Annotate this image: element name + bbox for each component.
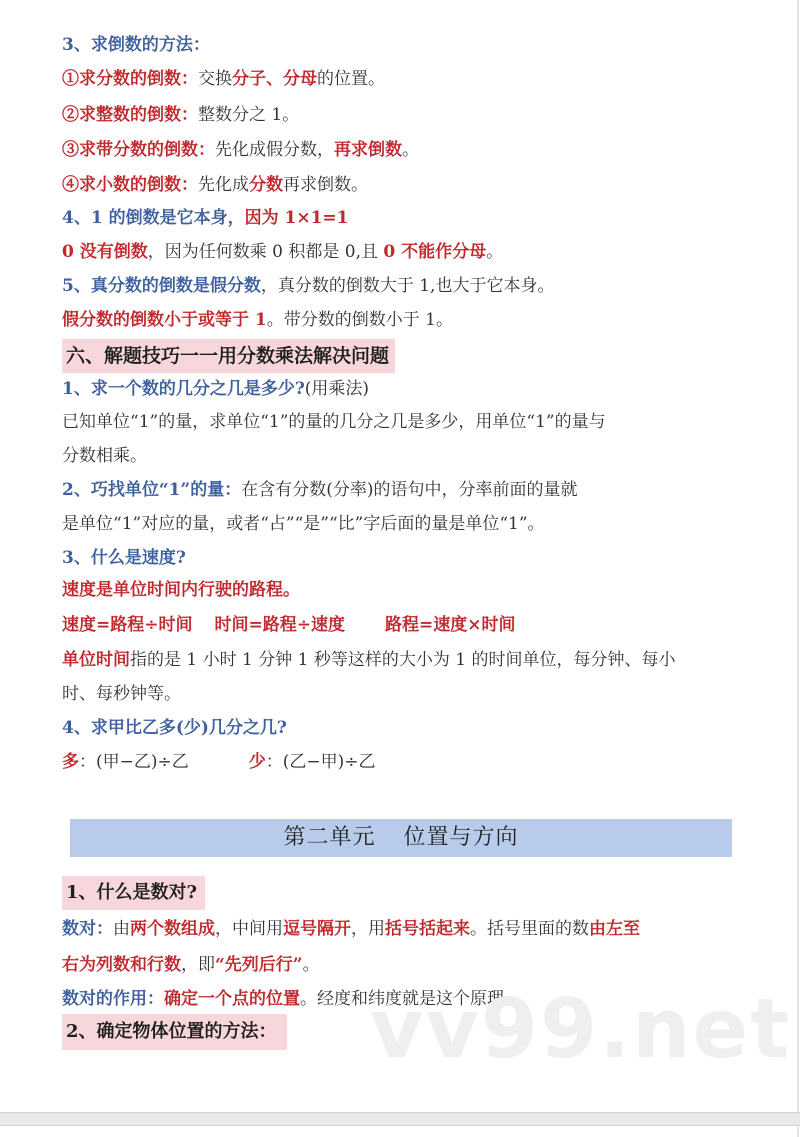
formula-distance: 路程=速度×时间 (385, 615, 516, 635)
method-highlight: 分子、分母 (232, 69, 317, 89)
q2-body-line-2: 是单位“1”对应的量，或者“占”“是”“比”字后面的量是单位“1”。 (62, 512, 545, 536)
less-label: 少 (249, 752, 266, 772)
method-text: 整数分之 1。 (198, 105, 299, 125)
document-page: 3、求倒数的方法： ①求分数的倒数：交换分子、分母的位置。 ②求整数的倒数：整数… (0, 0, 799, 1112)
unit-time-line-2: 时、每秒钟等。 (62, 682, 181, 706)
term-label: 数对： (62, 919, 113, 939)
speed-definition: 速度是单位时间内行驶的路程。 (62, 578, 300, 602)
question-title: 1、求一个数的几分之几是多少? (62, 379, 305, 399)
def-text: ，用 (351, 919, 385, 939)
next-page-edge (0, 1126, 799, 1137)
def-text: 。 (303, 955, 320, 975)
point-text: ，真分数的倒数大于 1,也大于它本身。 (261, 276, 555, 296)
def-highlight: 逗号隔开 (283, 919, 351, 939)
number-pair-definition-line-2: 右为列数和行数，即“先列后行”。 (62, 953, 320, 977)
less-formula: ：(乙−甲)÷乙 (266, 752, 376, 772)
number-pair-definition-line-1: 数对：由两个数组成，中间用逗号隔开，用括号括起来。括号里面的数由左至 (62, 917, 640, 941)
point-highlight: 0 不能作分母 (383, 242, 486, 262)
def-text: 。括号里面的数 (470, 919, 589, 939)
q3-title: 3、什么是速度? (62, 546, 186, 570)
def-text: 由 (113, 919, 130, 939)
question-note: (用乘法) (305, 379, 369, 399)
unit-two-banner: 第二单元位置与方向 (70, 819, 732, 857)
question-text: 在含有分数(分率)的语句中，分率前面的量就 (241, 480, 577, 500)
formula-time: 时间=路程÷速度 (215, 615, 346, 635)
speed-formulas: 速度=路程÷时间时间=路程÷速度路程=速度×时间 (62, 613, 516, 637)
point-text: ，因为任何数乘 0 积都是 0,且 (148, 242, 384, 262)
point-text: 5、真分数的倒数是假分数 (62, 276, 261, 296)
point-text: 。带分数的倒数小于 1。 (267, 310, 453, 330)
point-highlight: 0 没有倒数 (62, 242, 148, 262)
method-label: ③求带分数的倒数： (62, 140, 215, 160)
def-highlight: 确定一个点的位置 (164, 989, 300, 1009)
improper-fraction-note: 假分数的倒数小于或等于 1。带分数的倒数小于 1。 (62, 308, 453, 332)
unit-time-line-1: 单位时间指的是 1 小时 1 分钟 1 秒等这样的大小为 1 的时间单位，每分钟… (62, 648, 676, 672)
q1-body-line-1: 已知单位“1”的量，求单位“1”的量的几分之几是多少，用单位“1”的量与 (62, 410, 606, 434)
q4-title: 4、求甲比乙多(少)几分之几? (62, 716, 287, 740)
method-highlight: 分数 (249, 175, 283, 195)
method-highlight: 再求倒数 (334, 140, 402, 160)
q2-title: 2、巧找单位“1”的量：在含有分数(分率)的语句中，分率前面的量就 (62, 478, 577, 502)
method-text: 再求倒数。 (283, 175, 368, 195)
page-separator (0, 1112, 800, 1126)
position-method-heading: 2、确定物体位置的方法： (62, 1014, 287, 1050)
more-formula: ：(甲−乙)÷乙 (79, 752, 189, 772)
method-text: 的位置。 (317, 69, 385, 89)
def-highlight: 右为列数和行数 (62, 955, 181, 975)
def-highlight: 括号括起来 (385, 919, 470, 939)
method-label: ②求整数的倒数： (62, 105, 198, 125)
formula-speed: 速度=路程÷时间 (62, 615, 193, 635)
point-text: 4、1 的倒数是它本身， (62, 208, 245, 228)
point-4-one-reciprocal: 4、1 的倒数是它本身，因为 1×1=1 (62, 206, 348, 230)
method-decimal: ④求小数的倒数：先化成分数再求倒数。 (62, 173, 368, 197)
term-text: 指的是 1 小时 1 分钟 1 秒等这样的大小为 1 的时间单位，每分钟、每小 (130, 650, 676, 670)
unit-title: 位置与方向 (404, 825, 519, 850)
q4-formulas: 多：(甲−乙)÷乙少：(乙−甲)÷乙 (62, 750, 376, 774)
method-fraction: ①求分数的倒数：交换分子、分母的位置。 (62, 67, 385, 91)
method-integer: ②求整数的倒数：整数分之 1。 (62, 103, 299, 127)
def-highlight: “先列后行” (215, 955, 303, 975)
method-text: 先化成假分数， (215, 140, 334, 160)
term-highlight: 单位时间 (62, 650, 130, 670)
method-label: ①求分数的倒数： (62, 69, 198, 89)
def-highlight: 由左至 (589, 919, 640, 939)
method-text: 交换 (198, 69, 232, 89)
method-label: ④求小数的倒数： (62, 175, 198, 195)
q1-body-line-2: 分数相乘。 (62, 444, 147, 468)
point-highlight: 因为 1×1=1 (245, 208, 349, 228)
def-highlight: 两个数组成 (130, 919, 215, 939)
def-text: ，中间用 (215, 919, 283, 939)
number-pair-heading: 1、什么是数对? (62, 876, 205, 910)
point-highlight: 假分数的倒数小于或等于 1 (62, 310, 267, 330)
def-text: 。经度和纬度就是这个原理。 (300, 989, 521, 1009)
term-label: 数对的作用： (62, 989, 164, 1009)
unit-number: 第二单元 (283, 825, 375, 850)
reciprocal-methods-title: 3、求倒数的方法： (62, 33, 210, 57)
point-text: 。 (486, 242, 503, 262)
question-title: 2、巧找单位“1”的量： (62, 480, 241, 500)
zero-no-reciprocal: 0 没有倒数，因为任何数乘 0 积都是 0,且 0 不能作分母。 (62, 240, 503, 264)
more-label: 多 (62, 752, 79, 772)
method-text: 先化成 (198, 175, 249, 195)
point-5-proper-fraction: 5、真分数的倒数是假分数，真分数的倒数大于 1,也大于它本身。 (62, 274, 554, 298)
q1-title: 1、求一个数的几分之几是多少?(用乘法) (62, 377, 369, 401)
section-six-heading: 六、解题技巧一一用分数乘法解决问题 (62, 339, 395, 373)
def-text: ，即 (181, 955, 215, 975)
method-text: 。 (402, 140, 419, 160)
number-pair-use: 数对的作用：确定一个点的位置。经度和纬度就是这个原理。 (62, 987, 521, 1011)
method-mixed-number: ③求带分数的倒数：先化成假分数，再求倒数。 (62, 138, 419, 162)
